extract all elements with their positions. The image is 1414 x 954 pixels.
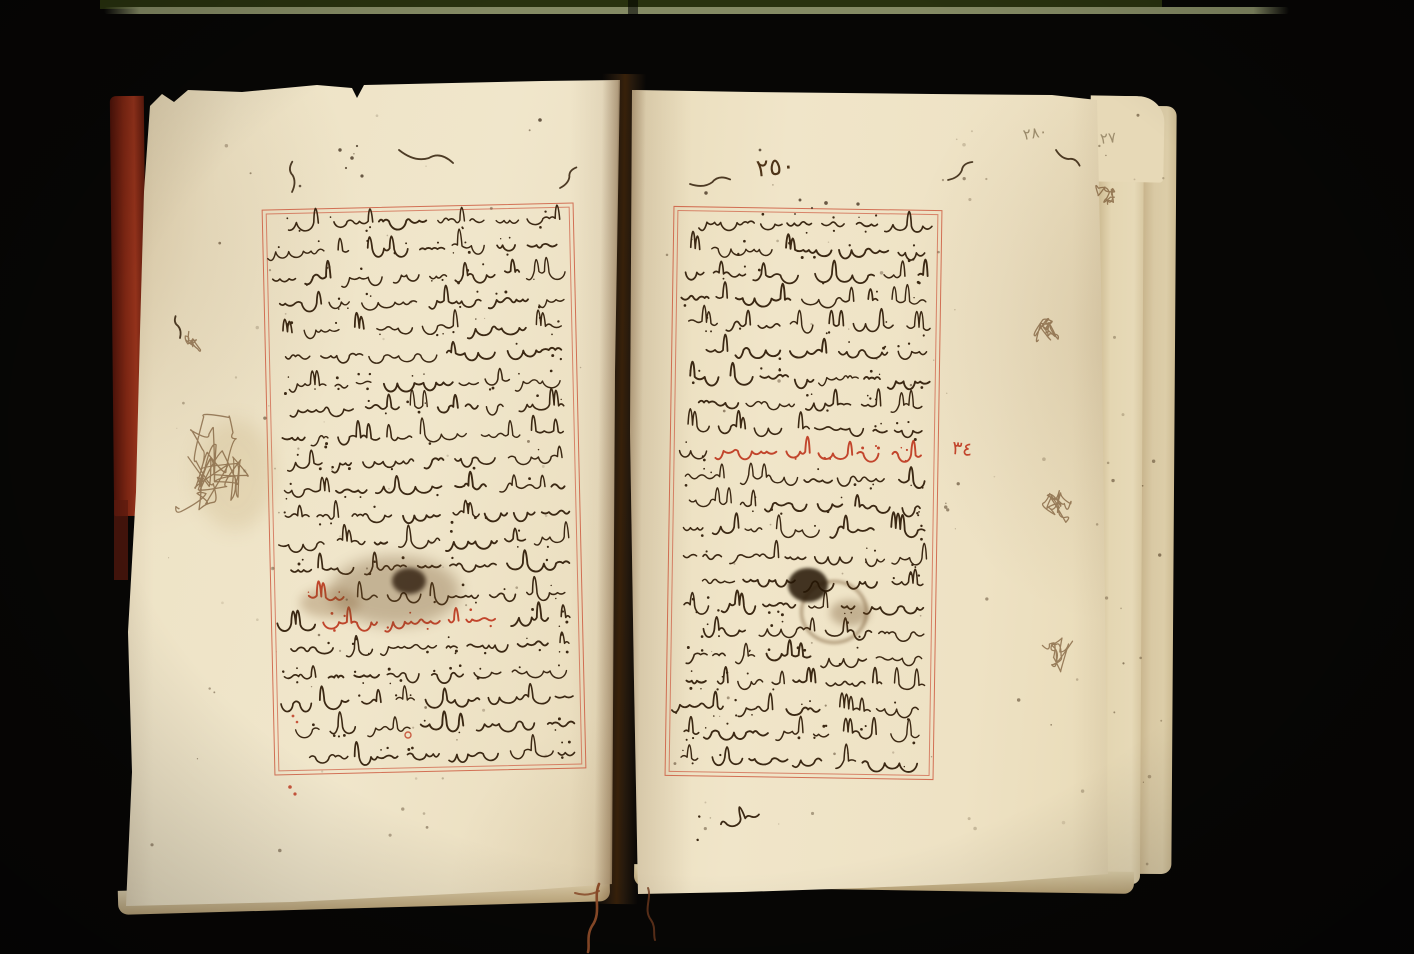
handwritten-line: [291, 548, 570, 577]
handwritten-line: [272, 255, 565, 288]
handwritten-line: [683, 509, 925, 541]
handwritten-line: [688, 409, 922, 441]
handwritten-line: [686, 638, 922, 669]
manuscript-photo: ٢٥٠ ٣٤ ٢٨٠ ٢٧: [0, 0, 1414, 954]
handwritten-line: [681, 742, 918, 773]
film-strip-highlight: [104, 7, 1289, 14]
left-text-frame: [262, 203, 587, 776]
page-number: ٢٥٠: [755, 151, 796, 182]
handwritten-line: [284, 470, 565, 500]
handwritten-line: [702, 566, 923, 594]
handwritten-line: [684, 589, 924, 618]
handwritten-line: [287, 444, 562, 473]
handwritten-line: [706, 334, 927, 362]
left-page: [112, 72, 632, 914]
handwritten-line: [691, 231, 925, 262]
handwritten-line: [283, 307, 562, 342]
handwritten-line: [701, 616, 924, 642]
handwritten-line: [283, 365, 560, 396]
handwritten-line: [699, 386, 923, 413]
handwritten-line: [286, 203, 560, 235]
handwritten-line: [282, 660, 567, 687]
handwritten-line: [309, 734, 574, 767]
red-leather-cover-edge-lower: [114, 500, 128, 580]
handwritten-line: [283, 496, 569, 528]
edge-numeral-27: ٢٧: [1099, 128, 1117, 148]
margin-note: ٣٤: [951, 437, 974, 461]
handwritten-line: [281, 681, 573, 713]
handwritten-line: [679, 435, 921, 465]
right-text-frame: [665, 206, 943, 780]
right-page: [622, 82, 1122, 904]
film-strip-seam: [628, 0, 638, 15]
handwritten-line: [683, 539, 926, 568]
handwritten-line: [689, 305, 931, 337]
handwritten-line: [699, 208, 932, 235]
left-handwritten-text: [233, 174, 615, 804]
handwritten-line: [295, 707, 574, 739]
handwritten-line: [285, 339, 562, 366]
right-handwritten-text: [636, 177, 971, 808]
handwritten-line: [685, 256, 927, 286]
handwritten-line: [277, 601, 570, 634]
handwritten-line: [684, 714, 919, 744]
handwritten-line: [307, 576, 565, 608]
handwritten-line: [282, 415, 563, 450]
handwritten-line: [689, 362, 930, 391]
handwritten-line: [290, 386, 564, 419]
handwritten-line: [279, 283, 564, 314]
handwritten-line: [685, 462, 925, 490]
handwritten-line: [278, 520, 569, 555]
handwritten-line: [689, 487, 920, 517]
handwritten-line: [672, 690, 919, 720]
handwritten-line: [681, 281, 926, 311]
handwritten-line: [291, 631, 569, 660]
handwritten-line: [686, 664, 925, 693]
handwritten-line: [267, 227, 557, 261]
